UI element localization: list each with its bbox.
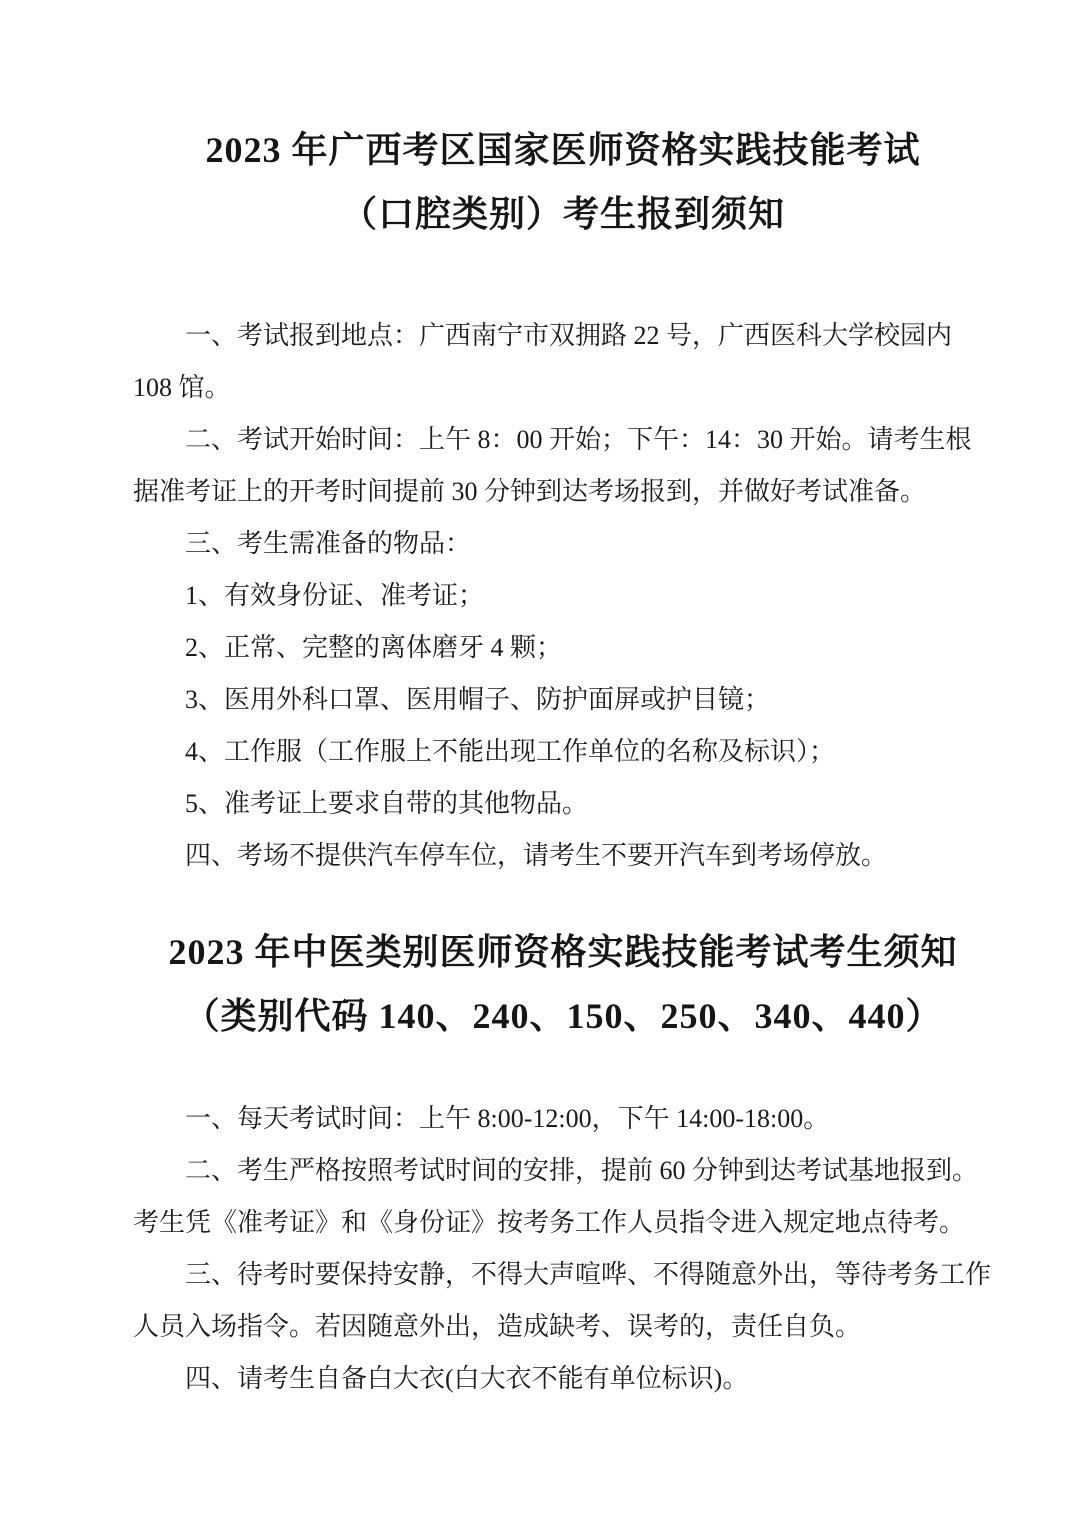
notice2-paragraph-quiet: 三、待考时要保持安静，不得大声喧哗、不得随意外出，等待考务工作人员入场指令。若因…: [133, 1249, 993, 1353]
notice1-item-mask: 3、医用外科口罩、医用帽子、防护面屏或护目镜；: [133, 674, 993, 726]
notice1-paragraph-items-heading: 三、考生需准备的物品：: [133, 518, 993, 570]
notice2-body: 一、每天考试时间：上午 8:00-12:00，下午 14:00-18:00。 二…: [133, 1093, 993, 1405]
notice1-body: 一、考试报到地点：广西南宁市双拥路 22 号，广西医科大学校园内 108 馆。 …: [133, 310, 993, 882]
notice1-title: 2023 年广西考区国家医师资格实践技能考试 （口腔类别）考生报到须知: [133, 118, 993, 246]
notice1-paragraph-reporting-location: 一、考试报到地点：广西南宁市双拥路 22 号，广西医科大学校园内 108 馆。: [133, 310, 993, 414]
notice1-paragraph-parking: 四、考场不提供汽车停车位，请考生不要开汽车到考场停放。: [133, 830, 993, 882]
notice1-title-line1: 2023 年广西考区国家医师资格实践技能考试: [133, 118, 993, 182]
notice1-paragraph-start-time: 二、考试开始时间：上午 8：00 开始；下午：14：30 开始。请考生根据准考证…: [133, 414, 993, 518]
notice1-item-id-card: 1、有效身份证、准考证；: [133, 570, 993, 622]
notice1-item-work-clothes: 4、工作服（工作服上不能出现工作单位的名称及标识）；: [133, 726, 993, 778]
notice2-paragraph-exam-time: 一、每天考试时间：上午 8:00-12:00，下午 14:00-18:00。: [133, 1093, 993, 1145]
notice2-title-line2: （类别代码 140、240、150、250、340、440）: [133, 984, 993, 1048]
notice1-title-line2: （口腔类别）考生报到须知: [133, 182, 993, 246]
notice2-paragraph-reporting: 二、考生严格按照考试时间的安排，提前 60 分钟到达考试基地报到。考生凭《准考证…: [133, 1145, 993, 1249]
notice1-item-molars: 2、正常、完整的离体磨牙 4 颗；: [133, 622, 993, 674]
document-page: 2023 年广西考区国家医师资格实践技能考试 （口腔类别）考生报到须知 一、考试…: [0, 0, 1080, 1526]
notice1-item-other: 5、准考证上要求自带的其他物品。: [133, 778, 993, 830]
notice2-title-line1: 2023 年中医类别医师资格实践技能考试考生须知: [133, 920, 993, 984]
notice2-paragraph-white-coat: 四、请考生自备白大衣(白大衣不能有单位标识)。: [133, 1353, 993, 1405]
notice2-title: 2023 年中医类别医师资格实践技能考试考生须知 （类别代码 140、240、1…: [133, 920, 993, 1048]
